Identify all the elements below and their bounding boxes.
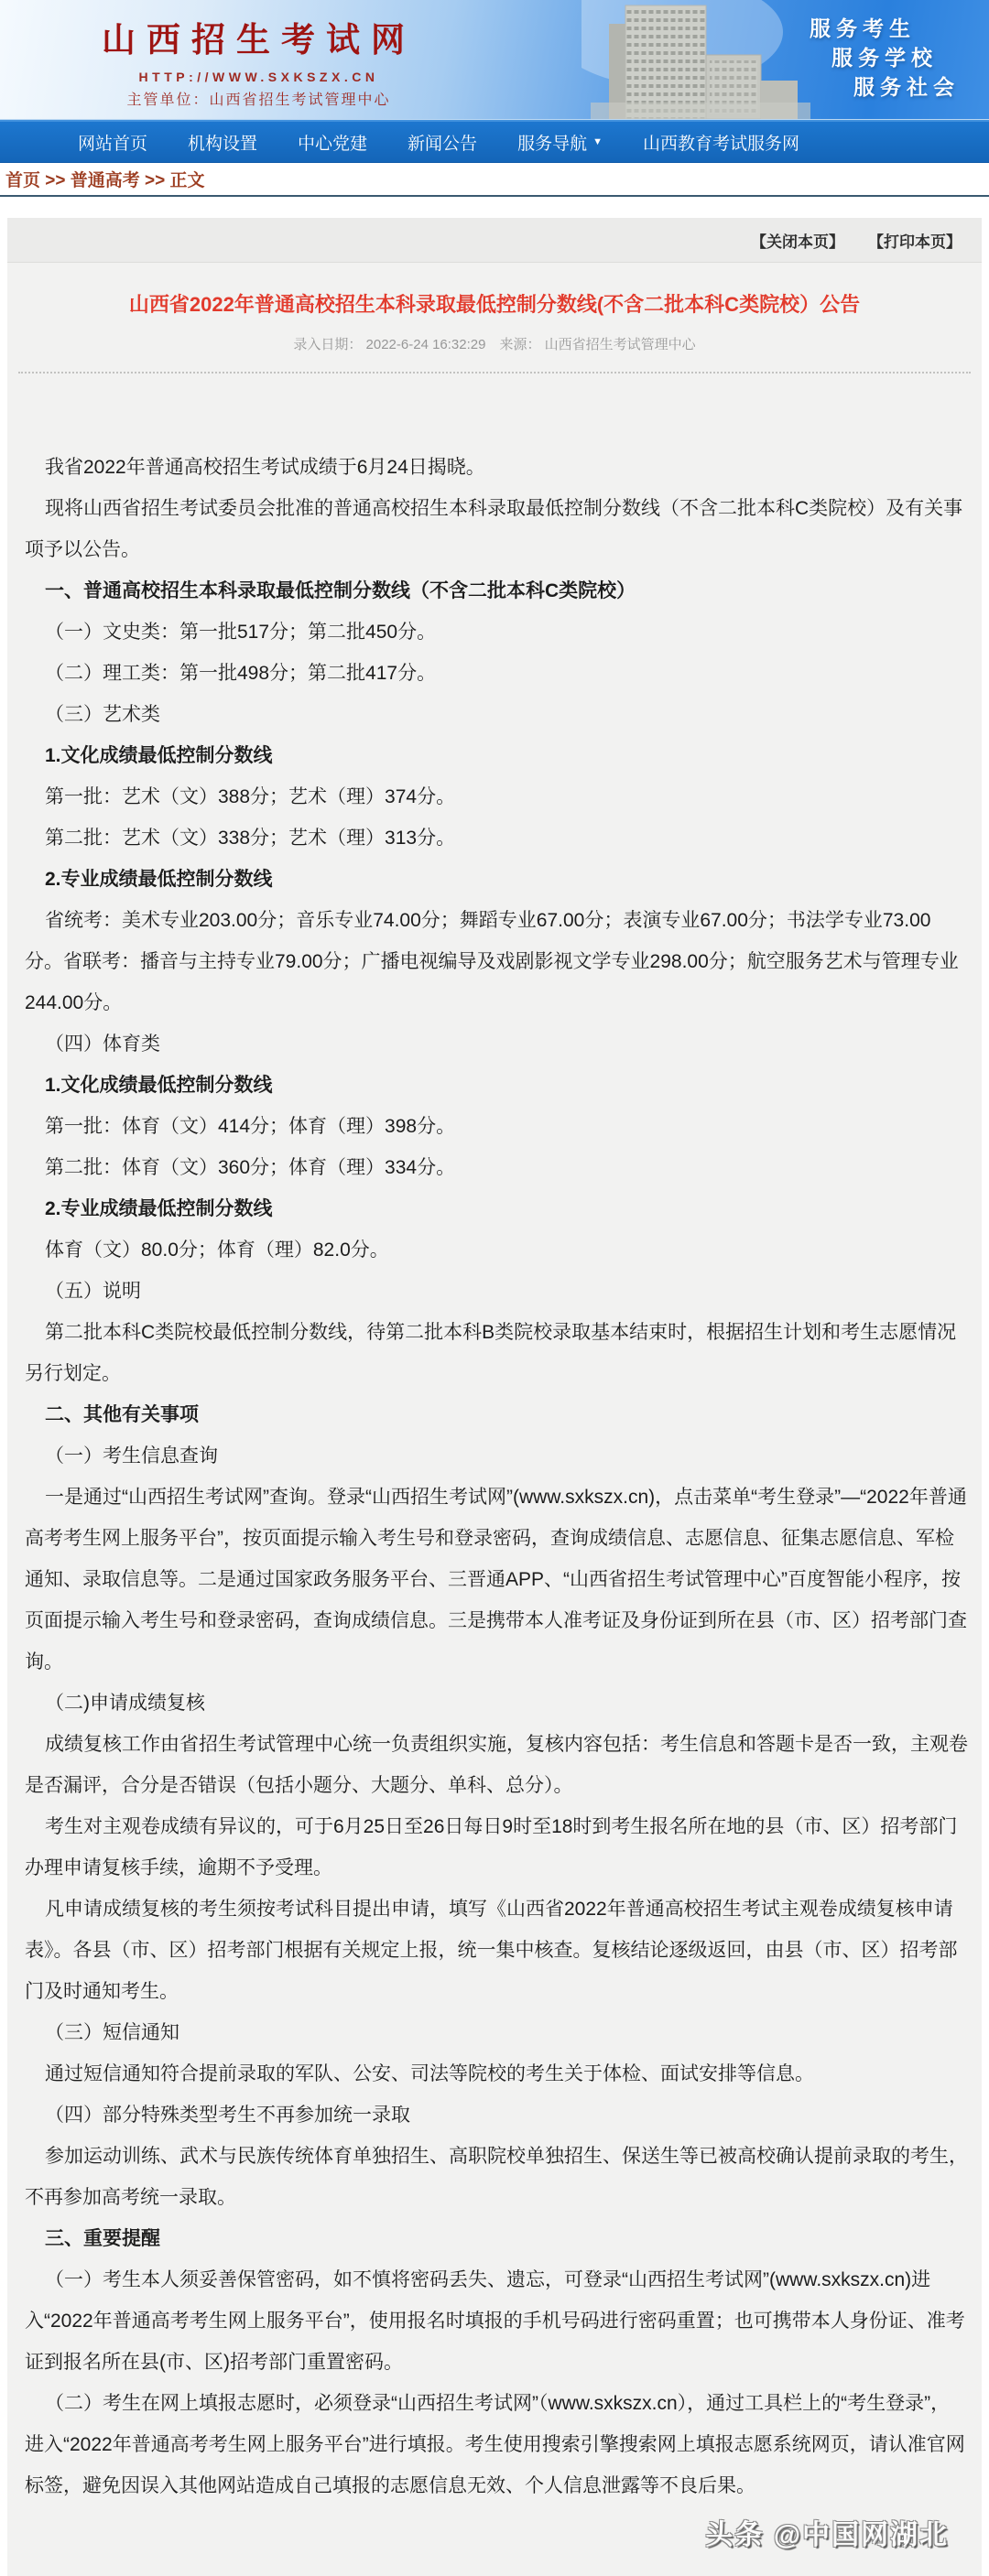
article-paragraph: 第二批本科C类院校最低控制分数线，待第二批本科B类院校录取基本结束时，根据招生计…	[25, 1312, 969, 1394]
article-title: 山西省2022年普通高校招生本科录取最低控制分数线(不含二批本科C类院校）公告	[49, 290, 940, 319]
nav-item-label: 山西教育考试服务网	[643, 130, 799, 155]
nav-item-label: 机构设置	[188, 130, 257, 155]
banner-slogan: 服务学校	[696, 43, 938, 72]
nav-item[interactable]: 网站首页	[78, 130, 147, 155]
article-card: 【关闭本页】 【打印本页】 山西省2022年普通高校招生本科录取最低控制分数线(…	[7, 218, 982, 2576]
article-paragraph: 体育（文）80.0分；体育（理）82.0分。	[25, 1229, 969, 1271]
article-paragraph: 1.文化成绩最低控制分数线	[25, 735, 969, 776]
article-paragraph: 第一批：体育（文）414分；体育（理）398分。	[25, 1106, 969, 1147]
breadcrumb[interactable]: 首页 >> 普通高考 >> 正文	[5, 167, 205, 191]
article-paragraph: 现将山西省招生考试委员会批准的普通高校招生本科录取最低控制分数线（不含二批本科C…	[25, 488, 969, 570]
nav-item-label: 服务导航	[517, 130, 587, 155]
article-paragraph: （三）短信通知	[25, 2012, 969, 2053]
article-paragraph: 考生对主观卷成绩有异议的，可于6月25日至26日每日9时至18时到考生报名所在地…	[25, 1806, 969, 1889]
article-paragraph: （一）文史类：第一批517分；第二批450分。	[25, 612, 969, 653]
nav-item-label: 网站首页	[78, 130, 147, 155]
site-banner: 山西招生考试网 HTTP://WWW.SXKSZX.CN 主管单位：山西省招生考…	[0, 0, 989, 120]
banner-slogans: 服务考生服务学校服务社会	[696, 14, 989, 102]
nav-item[interactable]: 山西教育考试服务网	[643, 130, 799, 155]
nav-item-label: 中心党建	[298, 130, 367, 155]
chevron-down-icon: ▼	[592, 137, 603, 147]
close-page-button[interactable]: 【关闭本页】	[751, 229, 844, 252]
site-supervisor: 主管单位：山西省招生考试管理中心	[87, 88, 430, 109]
article-paragraph: 二、其他有关事项	[25, 1394, 969, 1435]
article-paragraph: 参加运动训练、武术与民族传统体育单独招生、高职院校单独招生、保送生等已被高校确认…	[25, 2136, 969, 2218]
site-name: 山西招生考试网	[87, 12, 430, 61]
nav-item[interactable]: 新闻公告	[408, 130, 477, 155]
article-paragraph: 凡申请成绩复核的考生须按考试科目提出申请，填写《山西省2022年普通高校招生考试…	[25, 1889, 969, 2012]
article-paragraph: （一）考生本人须妥善保管密码，如不慎将密码丢失、遗忘，可登录“山西招生考试网”(…	[25, 2259, 969, 2383]
article-paragraph: 成绩复核工作由省招生考试管理中心统一负责组织实施，复核内容包括：考生信息和答题卡…	[25, 1724, 969, 1806]
site-url: HTTP://WWW.SXKSZX.CN	[87, 70, 430, 84]
article-paragraph: （二）理工类：第一批498分；第二批417分。	[25, 653, 969, 694]
article-paragraph: 第二批：体育（文）360分；体育（理）334分。	[25, 1147, 969, 1188]
nav-item[interactable]: 服务导航▼	[517, 130, 603, 155]
article-paragraph: （二）考生在网上填报志愿时，必须登录“山西招生考试网”（www.sxkszx.c…	[25, 2383, 969, 2506]
article-paragraph: （三）艺术类	[25, 694, 969, 735]
article-paragraph: 2.专业成绩最低控制分数线	[25, 859, 969, 900]
print-page-button[interactable]: 【打印本页】	[868, 229, 962, 252]
article-paragraph: 一是通过“山西招生考试网”查询。登录“山西招生考试网”(www.sxkszx.c…	[25, 1477, 969, 1683]
article-paragraph: 一、普通高校招生本科录取最低控制分数线（不含二批本科C类院校）	[25, 570, 969, 612]
article-paragraph: （五）说明	[25, 1271, 969, 1312]
article-paragraph: （二)申请成绩复核	[25, 1683, 969, 1724]
banner-slogan: 服务考生	[696, 14, 916, 43]
site-identity: 山西招生考试网 HTTP://WWW.SXKSZX.CN 主管单位：山西省招生考…	[87, 12, 430, 109]
article-paragraph: 第一批：艺术（文）388分；艺术（理）374分。	[25, 776, 969, 817]
page: 山西招生考试网 HTTP://WWW.SXKSZX.CN 主管单位：山西省招生考…	[0, 0, 989, 2576]
article-paragraph: 三、重要提醒	[25, 2218, 969, 2259]
article-body: 我省2022年普通高校招生考试成绩于6月24日揭晓。 现将山西省招生考试委员会批…	[7, 373, 982, 2506]
article-paragraph: 1.文化成绩最低控制分数线	[25, 1065, 969, 1106]
watermark: 头条 @中国网湖北	[705, 2512, 949, 2552]
main-nav: 网站首页 机构设置 中心党建 新闻公告 服务导航▼ 山西教育考试服务网	[0, 120, 989, 163]
article-paragraph: 2.专业成绩最低控制分数线	[25, 1188, 969, 1229]
card-header: 【关闭本页】 【打印本页】	[7, 218, 982, 263]
article-paragraph: （一）考生信息查询	[25, 1435, 969, 1477]
nav-item-label: 新闻公告	[408, 130, 477, 155]
article-paragraph: 通过短信通知符合提前录取的军队、公安、司法等院校的考生关于体检、面试安排等信息。	[25, 2053, 969, 2094]
article-paragraph: 省统考：美术专业203.00分；音乐专业74.00分；舞蹈专业67.00分；表演…	[25, 900, 969, 1023]
nav-item[interactable]: 机构设置	[188, 130, 257, 155]
article-paragraph: 我省2022年普通高校招生考试成绩于6月24日揭晓。	[25, 447, 969, 488]
breadcrumb-divider	[0, 195, 989, 197]
article-paragraph: （四）体育类	[25, 1023, 969, 1065]
nav-item[interactable]: 中心党建	[298, 130, 367, 155]
banner-slogan: 服务社会	[696, 72, 960, 102]
breadcrumb-row: 首页 >> 普通高考 >> 正文	[0, 163, 989, 195]
article-paragraph: 第二批：艺术（文）338分；艺术（理）313分。	[25, 817, 969, 859]
article-meta: 录入日期： 2022-6-24 16:32:29 来源： 山西省招生考试管理中心	[7, 334, 982, 353]
article-paragraph: （四）部分特殊类型考生不再参加统一录取	[25, 2094, 969, 2136]
